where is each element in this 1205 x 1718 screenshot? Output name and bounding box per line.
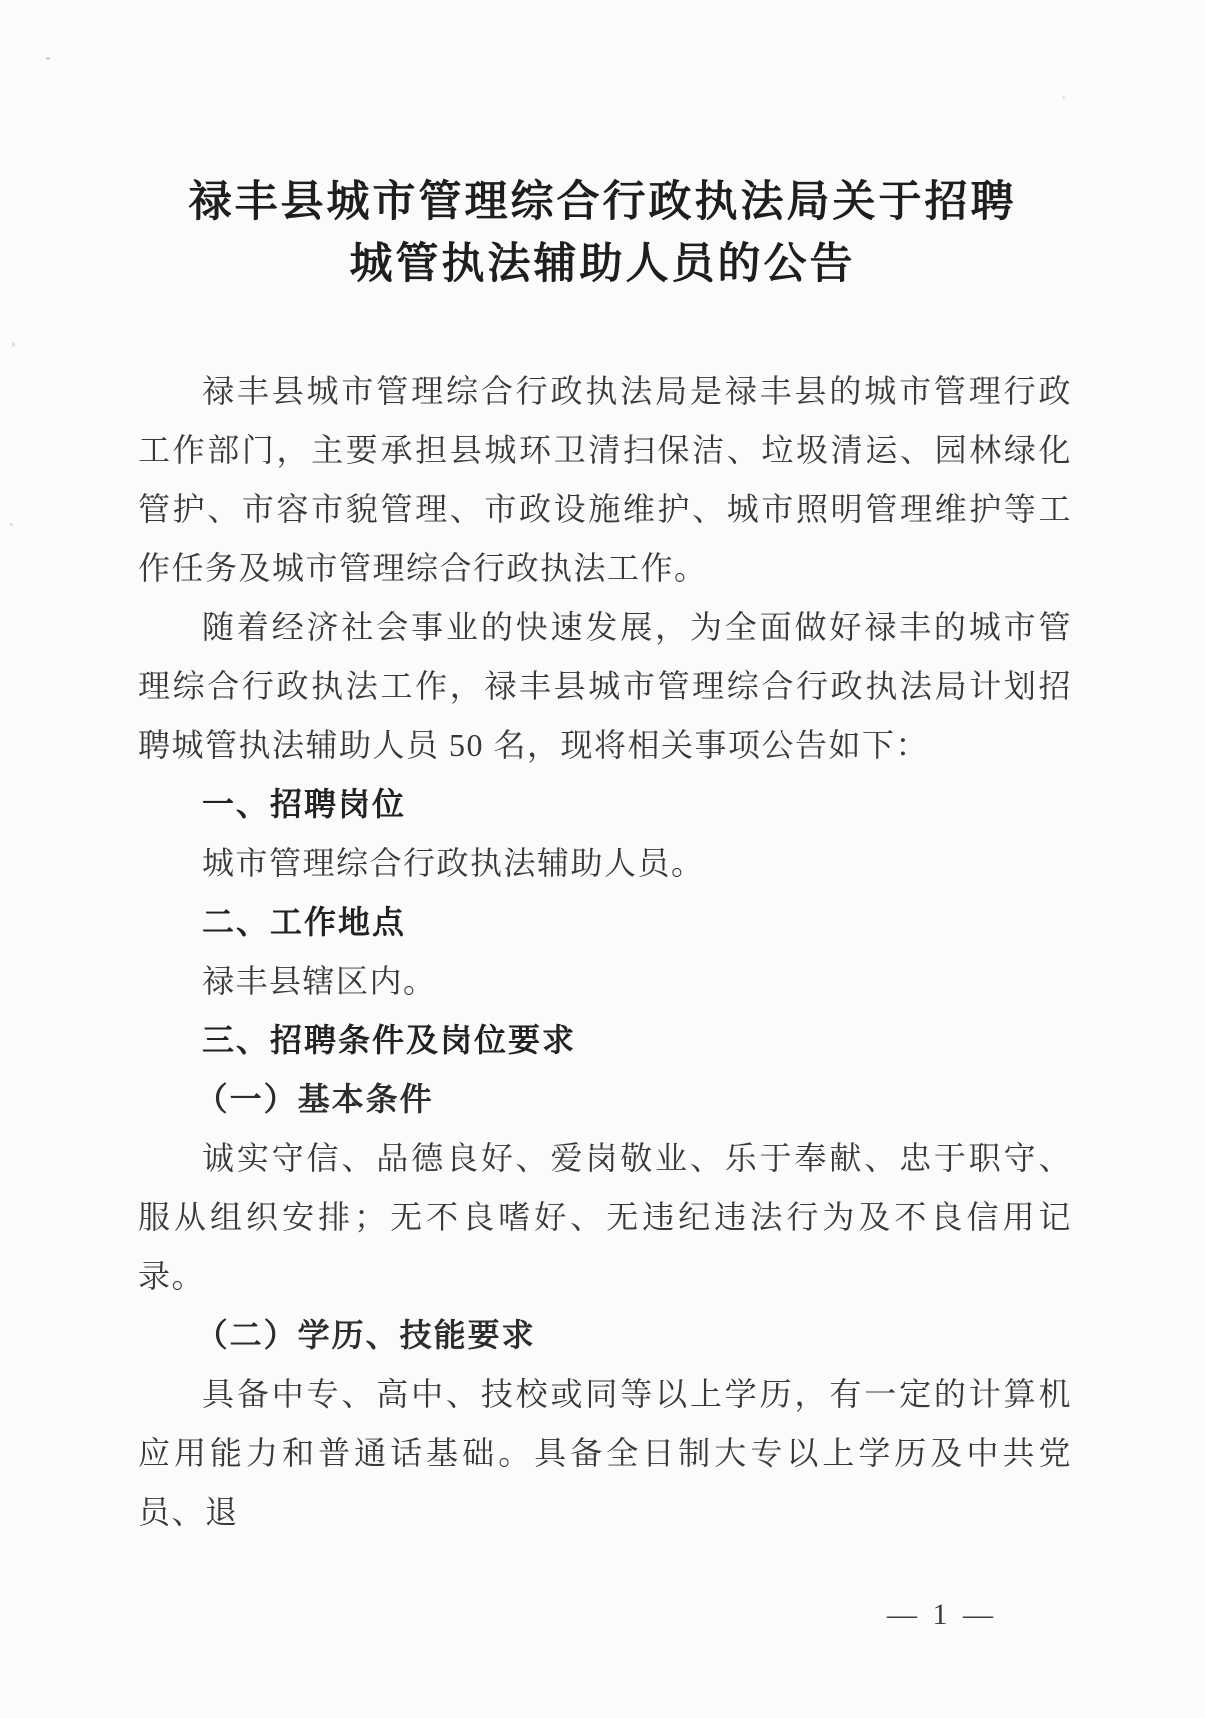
scanned-document-page: 禄丰县城市管理综合行政执法局关于招聘 城管执法辅助人员的公告 禄丰县城市管理综合… — [0, 0, 1205, 1718]
section-body-2: 禄丰县辖区内。 — [138, 952, 1072, 1011]
page-number: — 1 — — [887, 1598, 997, 1632]
document-title: 禄丰县城市管理综合行政执法局关于招聘 城管执法辅助人员的公告 — [103, 172, 1103, 296]
scan-speckle — [46, 57, 50, 60]
section-heading-3-requirements: 三、招聘条件及岗位要求 — [138, 1011, 1072, 1070]
document-body: 禄丰县城市管理综合行政执法局是禄丰县的城市管理行政工作部门，主要承担县城环卫清扫… — [138, 362, 1072, 1542]
scan-speckle — [10, 523, 13, 526]
subsection-body-2: 具备中专、高中、技校或同等以上学历，有一定的计算机应用能力和普通话基础。具备全日… — [138, 1365, 1072, 1542]
intro-paragraph-2: 随着经济社会事业的快速发展，为全面做好禄丰的城市管理综合行政执法工作，禄丰县城市… — [138, 598, 1072, 775]
document-title-line-2: 城管执法辅助人员的公告 — [103, 234, 1103, 296]
section-heading-2-work-location: 二、工作地点 — [138, 893, 1072, 952]
scan-speckle — [1062, 96, 1065, 99]
document-title-line-1: 禄丰县城市管理综合行政执法局关于招聘 — [103, 172, 1103, 234]
scan-speckle — [12, 342, 15, 347]
intro-paragraph-1: 禄丰县城市管理综合行政执法局是禄丰县的城市管理行政工作部门，主要承担县城环卫清扫… — [138, 362, 1072, 598]
section-body-1: 城市管理综合行政执法辅助人员。 — [138, 834, 1072, 893]
subsection-heading-1-basic-conditions: （一）基本条件 — [138, 1070, 1072, 1129]
section-heading-1-recruitment-position: 一、招聘岗位 — [138, 775, 1072, 834]
subsection-body-1: 诚实守信、品德良好、爱岗敬业、乐于奉献、忠于职守、服从组织安排；无不良嗜好、无违… — [138, 1129, 1072, 1306]
subsection-heading-2-education-skills: （二）学历、技能要求 — [138, 1306, 1072, 1365]
